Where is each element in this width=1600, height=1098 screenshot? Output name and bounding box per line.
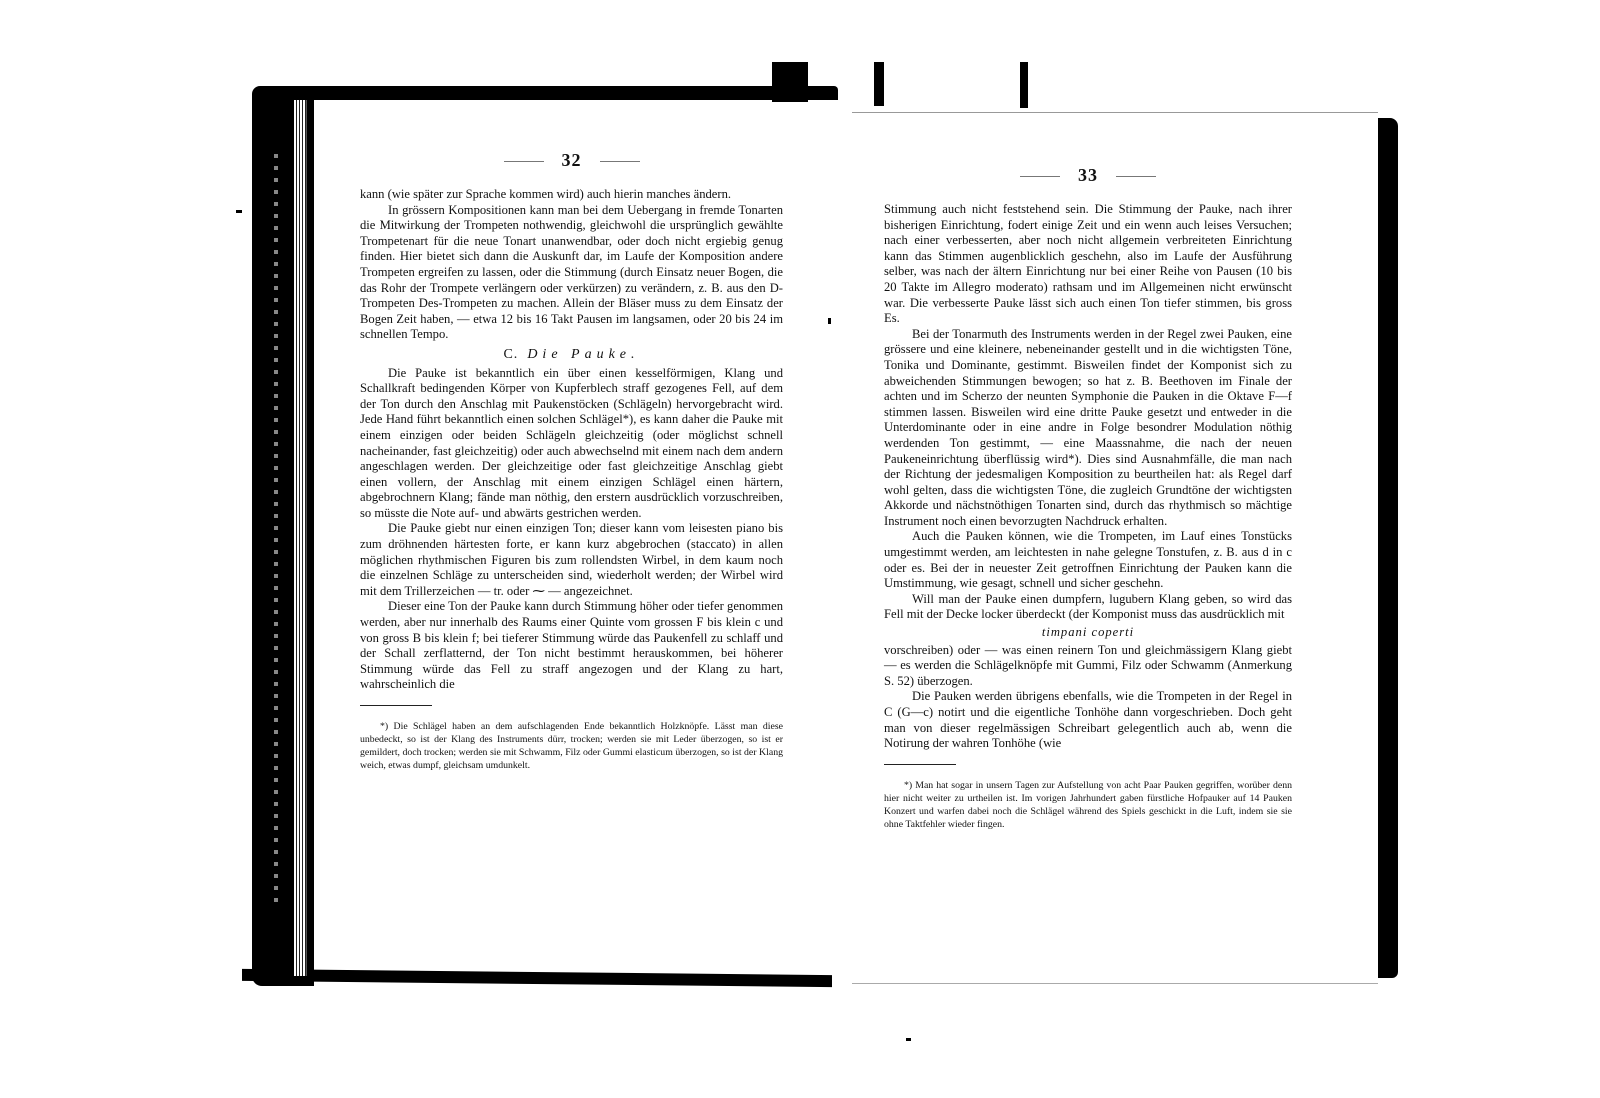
folio-rule xyxy=(1116,176,1156,177)
page-number-text: 33 xyxy=(1078,165,1098,185)
paragraph: Die Pauke giebt nur einen einzigen Ton; … xyxy=(360,521,783,599)
footnote: *) Man hat sogar in unsern Tagen zur Auf… xyxy=(884,779,1292,831)
folio-rule xyxy=(1020,176,1060,177)
paragraph: Die Pauke ist bekanntlich ein über einen… xyxy=(360,366,783,522)
section-title: Die Pauke. xyxy=(527,347,639,362)
body-text: Stimmung auch nicht feststehend sein. Di… xyxy=(884,202,1292,752)
footnote: *) Die Schlägel haben an dem aufschlagen… xyxy=(360,720,783,772)
paragraph: Will man der Pauke einen dumpfern, lugub… xyxy=(884,592,1292,623)
music-marking: timpani coperti xyxy=(884,625,1292,641)
footnote-rule xyxy=(884,764,956,765)
book-cover-bottom-edge xyxy=(242,969,832,987)
paragraph: vorschreiben) oder — was einen reinern T… xyxy=(884,643,1292,690)
page-number: 32 xyxy=(360,150,783,171)
paragraph: kann (wie später zur Sprache kommen wird… xyxy=(360,187,783,203)
paragraph: Dieser eine Ton der Pauke kann durch Sti… xyxy=(360,599,783,693)
page-number: 33 xyxy=(884,165,1292,186)
paragraph: Auch die Pauken können, wie die Trompete… xyxy=(884,529,1292,591)
folio-rule xyxy=(504,161,544,162)
footnote-rule xyxy=(360,705,432,706)
folio-rule xyxy=(600,161,640,162)
section-heading: C. Die Pauke. xyxy=(360,347,783,363)
footnote-text: *) Die Schlägel haben an dem aufschlagen… xyxy=(360,720,783,772)
book-cover-right xyxy=(1378,118,1398,978)
bookmark-tab xyxy=(1020,62,1028,108)
paragraph: Stimmung auch nicht feststehend sein. Di… xyxy=(884,202,1292,327)
section-letter: C. xyxy=(503,347,518,362)
body-text: kann (wie später zur Sprache kommen wird… xyxy=(360,187,783,693)
page-edges xyxy=(292,100,307,976)
paragraph: Die Pauken werden übrigens ebenfalls, wi… xyxy=(884,689,1292,751)
scan-speck xyxy=(906,1038,911,1041)
paragraph: In grössern Kompositionen kann man bei d… xyxy=(360,203,783,343)
scan-speck xyxy=(236,210,242,213)
binding-stitch xyxy=(274,146,278,906)
bookmark-tab xyxy=(874,62,884,106)
paragraph: Bei der Tonarmuth des Instruments werden… xyxy=(884,327,1292,530)
footnote-text: *) Man hat sogar in unsern Tagen zur Auf… xyxy=(884,779,1292,831)
scanned-book-spread: 32 kann (wie später zur Sprache kommen w… xyxy=(0,0,1600,1098)
book-cover-top-edge xyxy=(258,86,838,100)
bookmark-tab xyxy=(772,62,808,102)
page-number-text: 32 xyxy=(562,150,582,170)
left-page: 32 kann (wie später zur Sprache kommen w… xyxy=(360,150,783,772)
right-page: 33 Stimmung auch nicht feststehend sein.… xyxy=(884,165,1292,831)
scan-speck xyxy=(828,318,831,324)
